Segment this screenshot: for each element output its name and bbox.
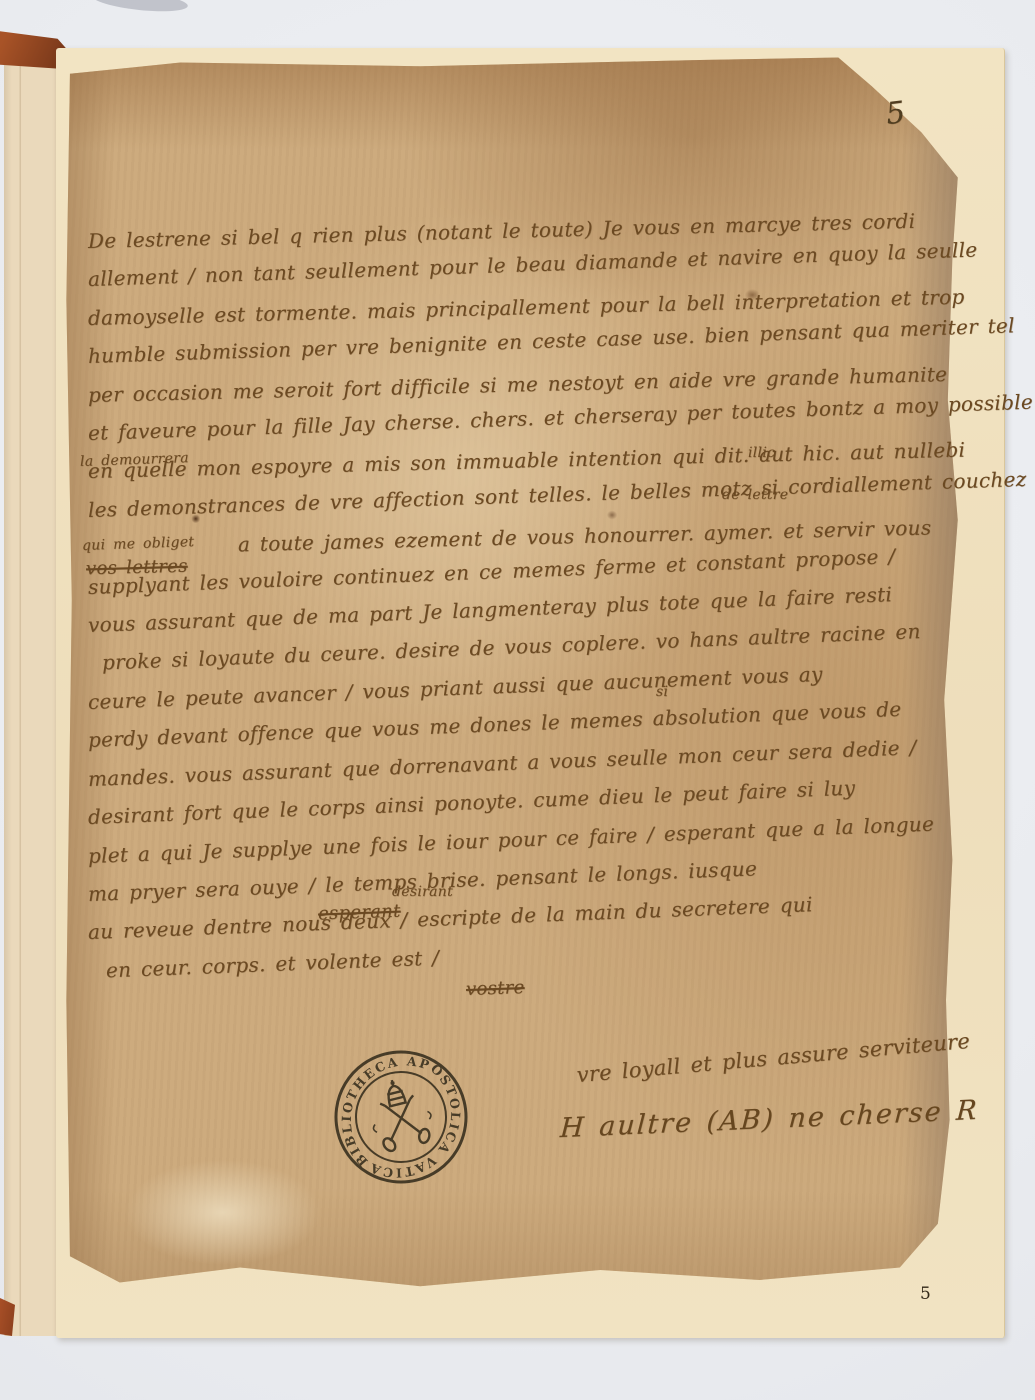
folio-number: 5 <box>884 95 908 132</box>
papal-keys-and-tiara-icon <box>363 1073 437 1156</box>
photo-artifact <box>91 0 188 15</box>
plate-number: 5 <box>920 1284 931 1304</box>
interlinear-insertion: si <box>656 684 668 700</box>
letter-lines: De lestrene si bel q rien plus (notant l… <box>88 222 960 990</box>
struck-word: vostre <box>466 977 525 1000</box>
interlinear-insertion: desirant <box>392 884 453 900</box>
interlinear-insertion: illic <box>748 445 775 461</box>
interlinear-insertion: de lettre <box>722 487 788 503</box>
manuscript-photo: 5 De lestrene si bel q rien plus (notant… <box>0 0 1035 1400</box>
struck-word: vos lettres <box>86 556 188 580</box>
struck-word: esperant <box>318 901 401 925</box>
